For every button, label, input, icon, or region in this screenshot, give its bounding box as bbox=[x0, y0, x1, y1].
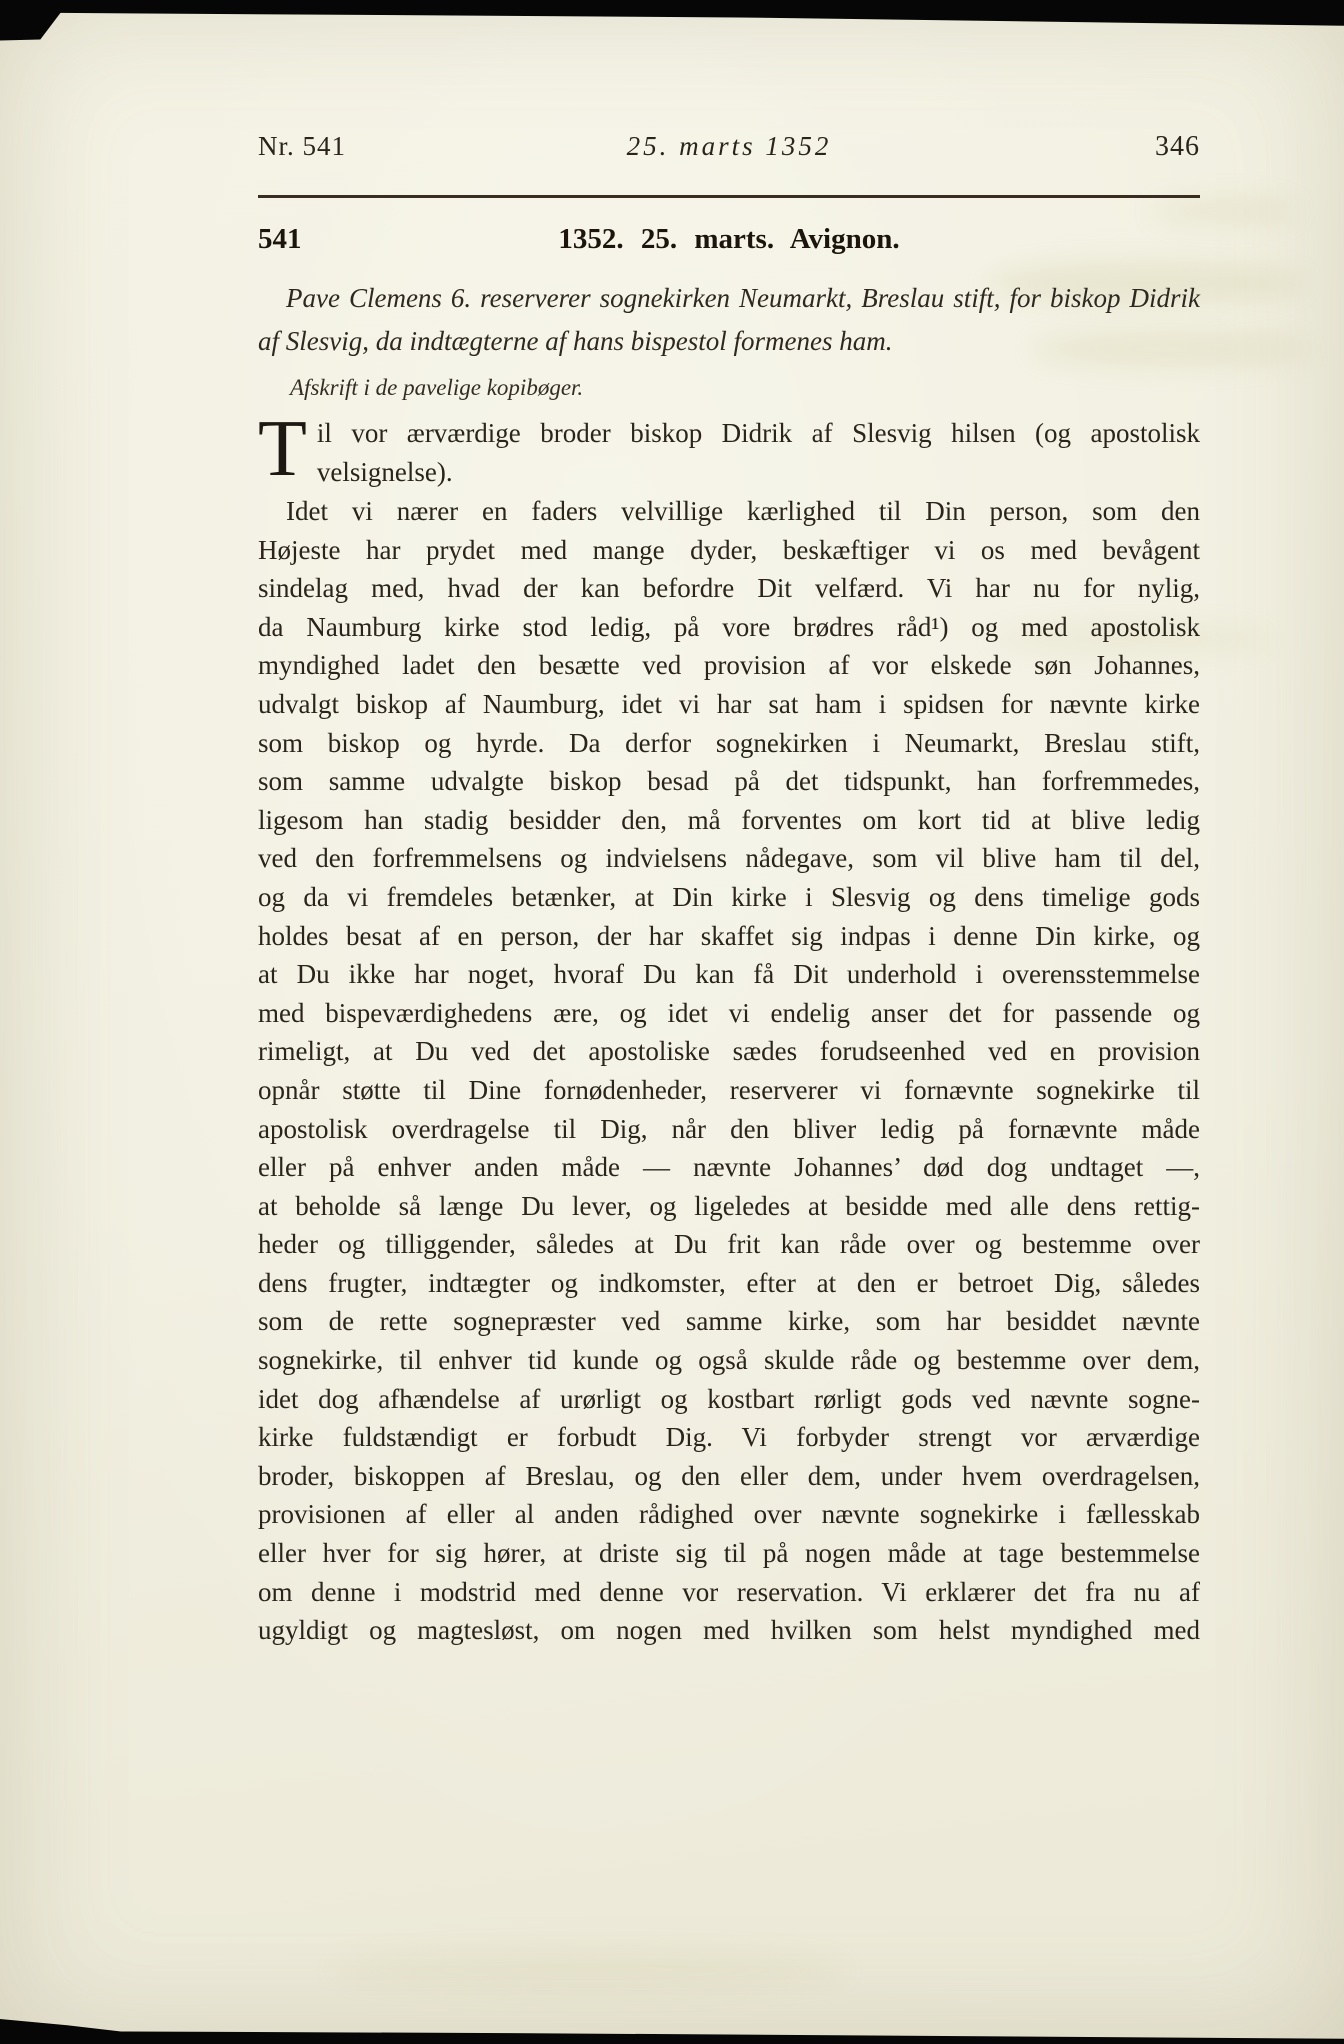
body-line: som de rette sognepræster ved samme kirk… bbox=[258, 1302, 1200, 1341]
body-line: med bispeværdighedens ære, og idet vi en… bbox=[258, 994, 1200, 1033]
regest-summary-line: af Slesvig, da indtægterne af hans bispe… bbox=[258, 320, 1200, 363]
body-line: heder og tilliggender, således at Du fri… bbox=[258, 1225, 1200, 1264]
scanner-edge-bottom bbox=[0, 2018, 1344, 2044]
body-line: holdes besat af en person, der har skaff… bbox=[258, 917, 1200, 956]
body-line: myndighed ladet den besætte ved provisio… bbox=[258, 646, 1200, 685]
body-line: at beholde så længe Du lever, og ligeled… bbox=[258, 1187, 1200, 1226]
body-line: sognekirke, til enhver tid kunde og også… bbox=[258, 1341, 1200, 1380]
source-note: Afskrift i de pavelige kopibøger. bbox=[258, 375, 1200, 401]
salutation-line: velsignelse). bbox=[258, 453, 1200, 492]
regest-summary: Pave Clemens 6. reserverer sognekirken N… bbox=[258, 277, 1200, 363]
body-line: apostolisk overdragelse til Dig, når den… bbox=[258, 1110, 1200, 1149]
header-divider-rule bbox=[258, 195, 1200, 198]
entry-number: 541 bbox=[258, 223, 558, 256]
body-line: eller hver for sig hører, at driste sig … bbox=[258, 1534, 1200, 1573]
body-line: som biskop og hyrde. Da derfor sognekirk… bbox=[258, 724, 1200, 763]
running-header: Nr. 541 25. marts 1352 346 bbox=[258, 131, 1200, 163]
body-line: idet dog afhændelse af urørligt og kostb… bbox=[258, 1380, 1200, 1419]
salutation-paragraph: T il vor ærværdige broder biskop Didrik … bbox=[258, 414, 1200, 492]
page-number: 346 bbox=[831, 131, 1200, 163]
body-line: provisionen af eller al anden rådighed o… bbox=[258, 1495, 1200, 1534]
running-header-entry-number: Nr. 541 bbox=[258, 131, 627, 162]
salutation-line: il vor ærværdige broder biskop Didrik af… bbox=[258, 414, 1200, 453]
body-line: kirke fuldstændigt er forbudt Dig. Vi fo… bbox=[258, 1418, 1200, 1457]
body-line: rimeligt, at Du ved det apostoliske sæde… bbox=[258, 1032, 1200, 1071]
body-line: Idet vi nærer en faders velvillige kærli… bbox=[258, 492, 1200, 531]
body-line: at Du ikke har noget, hvoraf Du kan få D… bbox=[258, 955, 1200, 994]
body-line: Højeste har prydet med mange dyder, besk… bbox=[258, 531, 1200, 570]
body-line: broder, biskoppen af Breslau, og den ell… bbox=[258, 1457, 1200, 1496]
body-line: sindelag med, hvad der kan befordre Dit … bbox=[258, 569, 1200, 608]
body-line: som samme udvalgte biskop besad på det t… bbox=[258, 762, 1200, 801]
body-line: og da vi fremdeles betænker, at Din kirk… bbox=[258, 878, 1200, 917]
running-header-date: 25. marts 1352 bbox=[627, 131, 832, 162]
show-through-smudge bbox=[330, 1948, 850, 1992]
body-line: udvalgt biskop af Naumburg, idet vi har … bbox=[258, 685, 1200, 724]
body-line: eller på enhver anden måde — nævnte Joha… bbox=[258, 1148, 1200, 1187]
body-line: dens frugter, indtægter og indkomster, e… bbox=[258, 1264, 1200, 1303]
letter-body: Idet vi nærer en faders velvillige kærli… bbox=[258, 492, 1200, 1650]
dropcap-initial: T bbox=[258, 417, 307, 485]
regest-summary-line: Pave Clemens 6. reserverer sognekirken N… bbox=[258, 277, 1200, 320]
page-content: Nr. 541 25. marts 1352 346 541 1352. 25.… bbox=[258, 0, 1200, 1650]
heading-spacer bbox=[900, 223, 1200, 256]
body-line: da Naumburg kirke stod ledig, på vore br… bbox=[258, 608, 1200, 647]
entry-heading: 541 1352. 25. marts. Avignon. bbox=[258, 223, 1200, 256]
scanned-book-page: Nr. 541 25. marts 1352 346 541 1352. 25.… bbox=[0, 0, 1344, 2044]
body-line: ved den forfremmelsens og indvielsens nå… bbox=[258, 839, 1200, 878]
body-line: opnår støtte til Dine fornødenheder, res… bbox=[258, 1071, 1200, 1110]
entry-title: 1352. 25. marts. Avignon. bbox=[558, 223, 899, 256]
body-line: ugyldigt og magtesløst, om nogen med hvi… bbox=[258, 1611, 1200, 1650]
body-line: ligesom han stadig besidder den, må forv… bbox=[258, 801, 1200, 840]
body-line: om denne i modstrid med denne vor reserv… bbox=[258, 1573, 1200, 1612]
